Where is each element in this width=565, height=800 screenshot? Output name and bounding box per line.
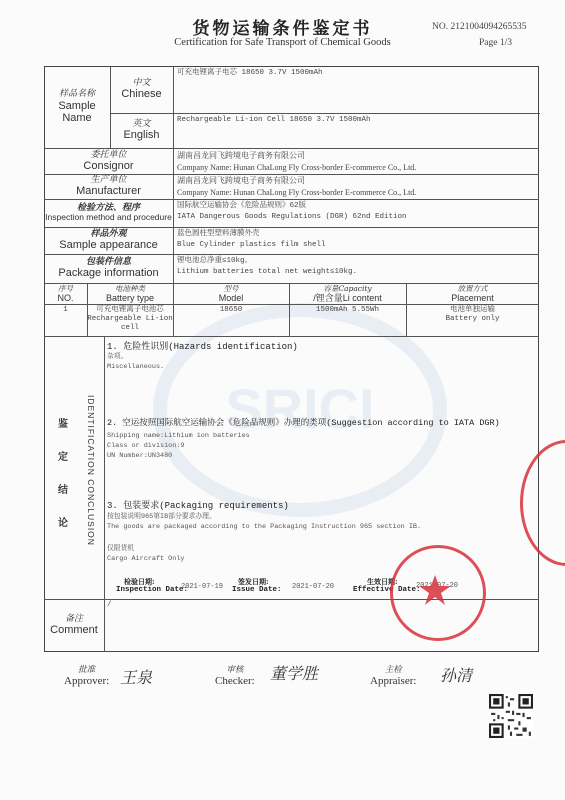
conclusion-label-cn-1: 鉴 bbox=[58, 415, 68, 430]
comment-value: / bbox=[107, 600, 112, 611]
col-header-model-cn: 型号 bbox=[173, 284, 289, 293]
comment-label-cn: 备注 bbox=[65, 614, 83, 624]
col-header-model: 型号 Model bbox=[173, 284, 289, 304]
qr-code-icon bbox=[489, 694, 533, 738]
approver-label-en: Approver: bbox=[64, 675, 109, 688]
appraiser-signature: 孙清 bbox=[440, 663, 472, 686]
hazards-line-en: Miscellaneous. bbox=[107, 363, 164, 373]
inspection-method-value-en: IATA Dangerous Goods Regulations (DGR) 6… bbox=[177, 212, 407, 223]
manufacturer-label: 生产单位 Manufacturer bbox=[44, 174, 173, 199]
inspection-method-label-en: Inspection method and procedure bbox=[45, 213, 172, 223]
class-division: Class or division:9 bbox=[107, 442, 250, 452]
col-header-no-cn: 序号 bbox=[44, 284, 87, 293]
appraiser-label-en: Appraiser: bbox=[370, 675, 416, 688]
consignor-label-en: Consignor bbox=[83, 160, 133, 173]
inspection-date: 2021-07-19 bbox=[181, 583, 223, 591]
cargo-line-cn: 仅限货机 bbox=[107, 545, 185, 555]
col-header-no-en: NO. bbox=[44, 293, 87, 304]
inspection-method-value-cn: 国际航空运输协会《危险品规则》62版 bbox=[177, 201, 407, 212]
package-info-value-en: Lithium batteries total net weight≤10kg. bbox=[177, 267, 357, 278]
consignor-label-cn: 委托单位 bbox=[90, 150, 126, 160]
col-header-placement-cn: 放置方式 bbox=[406, 284, 539, 293]
manufacturer-value-en: Company Name: Hunan ChaLong Fly Cross-bo… bbox=[177, 187, 416, 199]
cargo-aircraft-only: 仅限货机 Cargo Aircraft Only bbox=[107, 545, 185, 565]
col-header-capacity: 容量Capacity /锂含量Li content bbox=[289, 284, 406, 304]
conclusion-label-cn-3: 结 bbox=[58, 481, 68, 496]
document-number: NO. 2121004094265535 bbox=[432, 22, 526, 32]
appearance-label: 样品外观 Sample appearance bbox=[44, 227, 173, 254]
package-info-value-cn: 锂电池总净重≤10kg。 bbox=[177, 256, 357, 267]
col-header-battery-type-en: Battery type bbox=[87, 293, 173, 304]
approver-label: 批准 Approver: bbox=[64, 665, 109, 688]
section-packaging-body: 按包装说明965第IB部分要求办理。 The goods are package… bbox=[107, 513, 421, 533]
sample-name-label-en: Sample Name bbox=[44, 100, 110, 125]
hazards-line-cn: 杂项。 bbox=[107, 353, 164, 363]
row-placement-en: Battery only bbox=[406, 315, 539, 324]
english-label-en: English bbox=[123, 129, 159, 142]
col-header-battery-type: 电池种类 Battery type bbox=[87, 284, 173, 304]
approver-signature: 王泉 bbox=[120, 665, 152, 688]
section-hazards-title: 1. 危险性识别(Hazards identification) bbox=[107, 339, 298, 352]
package-info-label: 包装件信息 Package information bbox=[44, 254, 173, 283]
sample-name-english-value: Rechargeable Li-ion Cell 18650 3.7V 1500… bbox=[177, 115, 371, 126]
col-header-capacity-cn: 容量Capacity bbox=[289, 284, 406, 293]
consignor-value-cn: 湖南昌龙同飞跨境电子商务有限公司 bbox=[177, 150, 416, 162]
chinese-label-en: Chinese bbox=[121, 88, 161, 101]
company-seal-stamp bbox=[390, 545, 486, 641]
package-info-label-en: Package information bbox=[58, 267, 158, 280]
page-indicator: Page 1/3 bbox=[479, 38, 512, 48]
comment-label: 备注 Comment bbox=[44, 599, 104, 652]
inspection-date-label-en: Inspection Date: bbox=[116, 586, 188, 596]
issue-date-label: 签发日期: Issue Date: bbox=[232, 577, 282, 596]
checker-signature: 董学胜 bbox=[270, 661, 318, 684]
col-header-no: 序号 NO. bbox=[44, 284, 87, 304]
un-number: UN Number:UN3480 bbox=[107, 452, 250, 462]
appearance-value: 蓝色圆柱型塑料薄膜外壳 Blue Cylinder plastics film … bbox=[177, 229, 326, 251]
sample-name-label-cn: 样品名称 bbox=[59, 89, 95, 99]
consignor-value: 湖南昌龙同飞跨境电子商务有限公司 Company Name: Hunan Cha… bbox=[177, 150, 416, 173]
approver-label-cn: 批准 bbox=[64, 665, 109, 675]
col-header-placement-en: Placement bbox=[406, 293, 539, 304]
comment-label-en: Comment bbox=[50, 624, 98, 637]
row-battery-type-en: Rechargeable Li-ion cell bbox=[87, 315, 173, 333]
manufacturer-label-en: Manufacturer bbox=[76, 185, 141, 198]
packaging-line-en: The goods are packaged according to the … bbox=[107, 523, 421, 533]
english-label-cn: 英文 bbox=[132, 119, 150, 129]
sample-name-label: 样品名称 Sample Name bbox=[44, 66, 110, 148]
chinese-label: 中文 Chinese bbox=[110, 66, 173, 113]
row-capacity: 1500mAh 5.55Wh bbox=[289, 306, 406, 315]
appearance-value-cn: 蓝色圆柱型塑料薄膜外壳 bbox=[177, 229, 326, 240]
section-iata-title: 2. 空运按照国际航空运输协会《危险品规则》办理的类项(Suggestion a… bbox=[107, 416, 500, 428]
inspection-method-label: 检验方法、程序 Inspection method and procedure bbox=[44, 199, 173, 227]
cargo-line-en: Cargo Aircraft Only bbox=[107, 555, 185, 565]
inspection-method-value: 国际航空运输协会《危险品规则》62版 IATA Dangerous Goods … bbox=[177, 201, 407, 223]
issue-date-label-en: Issue Date: bbox=[232, 586, 282, 596]
row-placement-cn: 电池单独运输 bbox=[406, 306, 539, 315]
inspection-date-label-cn: 检验日期: bbox=[116, 577, 188, 586]
row-placement: 电池单独运输 Battery only bbox=[406, 306, 539, 324]
issue-date: 2021-07-20 bbox=[292, 583, 334, 591]
sample-name-chinese-value: 可充电锂离子电芯 18650 3.7V 1500mAh bbox=[177, 68, 323, 79]
packaging-line-cn: 按包装说明965第IB部分要求办理。 bbox=[107, 513, 421, 523]
section-hazards-body: 杂项。 Miscellaneous. bbox=[107, 353, 164, 373]
row-no: 1 bbox=[44, 306, 87, 315]
conclusion-label-en: IDENTIFICATION CONCLUSION bbox=[86, 395, 96, 546]
appearance-label-en: Sample appearance bbox=[59, 239, 157, 252]
chinese-label-cn: 中文 bbox=[132, 78, 150, 88]
col-header-placement: 放置方式 Placement bbox=[406, 284, 539, 304]
package-info-label-cn: 包装件信息 bbox=[86, 257, 131, 267]
manufacturer-label-cn: 生产单位 bbox=[90, 175, 126, 185]
english-label: 英文 English bbox=[110, 113, 173, 148]
row-model: 18650 bbox=[173, 306, 289, 315]
checker-label-cn: 审核 bbox=[215, 665, 255, 675]
col-header-capacity-en: /锂含量Li content bbox=[289, 293, 406, 304]
conclusion-label-cn-2: 定 bbox=[58, 448, 68, 463]
row-battery-type-cn: 可充电锂离子电池芯 bbox=[87, 306, 173, 315]
checker-label: 审核 Checker: bbox=[215, 665, 255, 688]
manufacturer-value-cn: 湖南昌龙同飞跨境电子商务有限公司 bbox=[177, 175, 416, 187]
shipping-name: Shipping name:Lithium ion batteries bbox=[107, 432, 250, 442]
row-battery-type: 可充电锂离子电池芯 Rechargeable Li-ion cell bbox=[87, 306, 173, 333]
appearance-value-en: Blue Cylinder plastics film shell bbox=[177, 240, 326, 251]
section-iata-body: Shipping name:Lithium ion batteries Clas… bbox=[107, 432, 250, 462]
manufacturer-value: 湖南昌龙同飞跨境电子商务有限公司 Company Name: Hunan Cha… bbox=[177, 175, 416, 198]
consignor-label: 委托单位 Consignor bbox=[44, 148, 173, 174]
col-header-model-en: Model bbox=[173, 293, 289, 304]
issue-date-label-cn: 签发日期: bbox=[232, 577, 282, 586]
package-info-value: 锂电池总净重≤10kg。 Lithium batteries total net… bbox=[177, 256, 357, 278]
inspection-date-label: 检验日期: Inspection Date: bbox=[116, 577, 188, 596]
appearance-label-cn: 样品外观 bbox=[90, 229, 126, 239]
appraiser-label: 主检 Appraiser: bbox=[370, 665, 416, 688]
col-header-battery-type-cn: 电池种类 bbox=[87, 284, 173, 293]
conclusion-label-cn-4: 论 bbox=[58, 514, 68, 529]
checker-label-en: Checker: bbox=[215, 675, 255, 688]
section-packaging-title: 3. 包装要求(Packaging requirements) bbox=[107, 498, 289, 511]
consignor-value-en: Company Name: Hunan ChaLong Fly Cross-bo… bbox=[177, 162, 416, 174]
appraiser-label-cn: 主检 bbox=[370, 665, 416, 675]
